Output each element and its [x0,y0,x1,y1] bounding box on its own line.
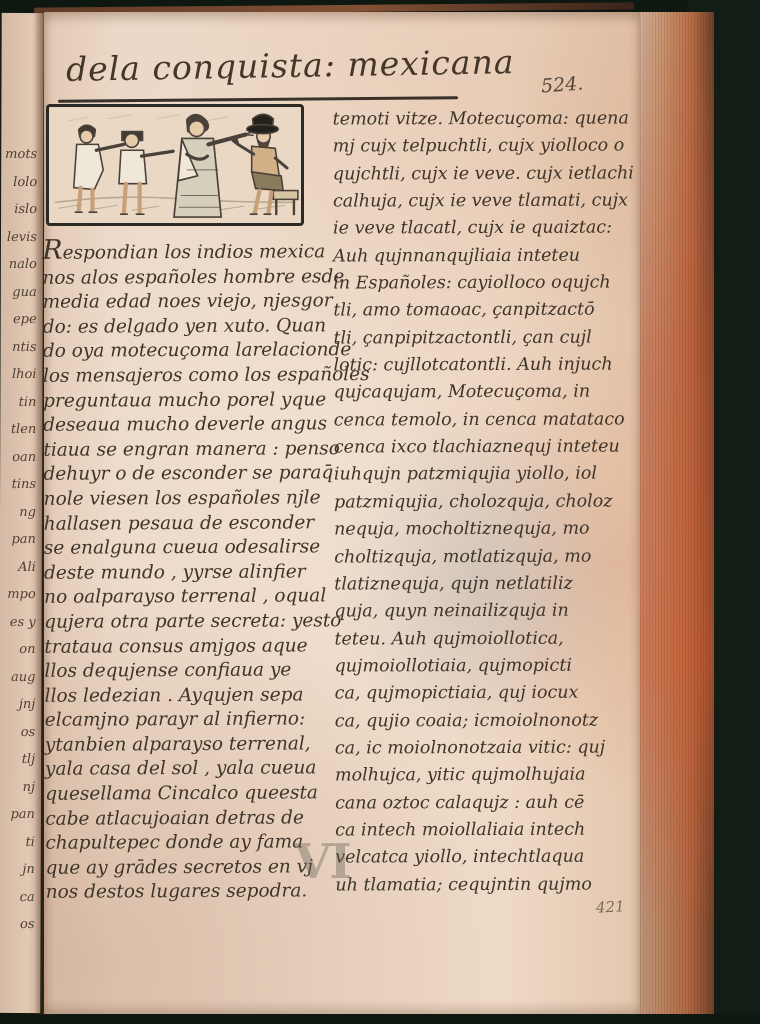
text-line: ca, qujio coaia; icmoiolnonotz [335,707,637,735]
text-line: tli, amo tomaoac, çanpitzactō [333,297,635,325]
text-line: cana oztoc calaqujz : auh cē [335,789,637,817]
text-line: levis [1,223,37,251]
text-line: mj cujx telpuchtli, cujx yiolloco o [333,133,635,161]
text-line: qujmoiollotiaia, qujmopicti [335,652,637,680]
text-line: ntis [1,333,37,361]
text-line: tiaua se engran manera : penso [43,437,339,463]
page-stack-fore-edge [640,12,714,1014]
text-line: pan [0,526,36,554]
title-underline [58,96,458,102]
figure-messenger-2 [119,132,173,215]
text-line: os [0,718,35,746]
text-line: do oya motecuçoma larelacionde [43,339,339,365]
text-line: los mensajeros como los españoles [43,363,339,389]
text-line: mots [1,141,37,169]
text-line: ie veve tlacatl, cujx ie quaiztac: [333,215,635,243]
text-line: llos ledezian . Ayqujen sepa [45,683,341,709]
text-line: os [0,911,35,939]
text-line: tlj [0,746,35,774]
text-line: qujcaqujam, Motecuçoma, in [334,379,636,407]
text-line: preguntaua mucho porel yque [43,388,339,414]
text-line: gua [1,278,37,306]
text-line: qujchtli, cujx ie veve. cujx ietlachi [333,160,635,188]
text-line: nalo [1,251,37,279]
text-line: nequja, mocholtiznequja, mo [334,516,636,544]
manuscript-page: dela conquista: mexicana 524. [44,12,640,1014]
text-line: cabe atlacujoaian detras de [45,806,341,832]
text-line: dehuyr o de esconder se paraq̄ [43,462,339,488]
text-line: Auh qujnnanqujliaia inteteu [333,242,635,270]
spanish-text-column: Respondian los indios mexicanos alos esp… [42,237,341,906]
nahuatl-text-column: temoti vitze. Motecuçoma: quenamj cujx t… [333,105,638,899]
pencil-page-number: 421 [596,897,626,916]
text-line: quesellama Cincalco queesta [45,781,341,807]
text-line: on [0,636,36,664]
text-line: molhujca, yitic qujmolhujaia [335,762,637,790]
text-line: se enalguna cueua odesalirse [44,535,340,561]
figure-messenger-1 [74,125,124,212]
text-line: aug [0,663,35,691]
text-line: velcatca yiollo, intechtlaqua [335,844,637,872]
text-line: cenca temolo, in cenca matataco [334,406,636,434]
text-line: deste mundo , yyrse alinfier [44,560,340,586]
text-line: elcamjno parayr al infierno: [45,708,341,734]
text-line: ti [0,828,35,856]
text-line: media edad noes viejo, njesgor [43,289,339,315]
text-line: pan [0,801,35,829]
text-line: nj [0,773,35,801]
illustration-drawing [49,107,301,223]
text-line: nole viesen los españoles njle [44,486,340,512]
text-line: yala casa del sol , yala cueua [45,757,341,783]
text-line: lotic: cujllotcatontli. Auh injuch [333,352,635,380]
text-line: jnj [0,691,35,719]
text-line: deseaua mucho deverle angus [43,412,339,438]
text-line: lhoi [0,361,36,389]
text-line: ca, ic moiolnonotzaia vitic: quj [335,734,637,762]
text-line: epe [1,306,37,334]
text-line: es y [0,608,36,636]
text-line: quja, quyn neinailizquja in [334,598,636,626]
text-line: qujera otra parte secreta: yesto [44,609,340,635]
show-through-mark: VI [294,834,350,890]
text-line: tlatiznequja, qujn netlatiliz [334,570,636,598]
background-bottom [0,1013,760,1024]
text-line: mpo [0,581,36,609]
text-line: choltizquja, motlatizquja, mo [334,543,636,571]
text-line: trataua consus amjgos aque [44,634,340,660]
text-line: uh tlamatia; cequjntin qujmo [335,871,637,899]
text-line: cenca ixco tlachiaznequj inteteu [334,434,636,462]
text-line: ca, qujmopictiaia, quj iocux [335,680,637,708]
text-line: do: es delgado yen xuto. Quan [43,314,339,340]
text-line: iuhqujn patzmiqujia yiollo, iol [334,461,636,489]
text-line: hallasen pesaua de esconder [44,511,340,537]
text-line: temoti vitze. Motecuçoma: quena [333,105,635,133]
figure-spaniard-seated [233,114,298,215]
text-line: tins [0,471,36,499]
text-line: no oalparayso terrenal , oqual [44,585,340,611]
text-line: llos dequjense confiaua ye [44,658,340,684]
text-line: oan [0,443,36,471]
text-line: ng [0,498,36,526]
text-line: tin [0,388,36,416]
text-line: teteu. Auh qujmoiollotica, [334,625,636,653]
text-line: tli, çanpipitzactontli, çan cujl [333,324,635,352]
text-line: ytanbien alparayso terrenal, [45,732,341,758]
text-line: jn [0,856,35,884]
text-line: ca [0,883,35,911]
text-line: Respondian los indios mexica [42,237,338,266]
text-line: Ali [0,553,36,581]
folio-number: 524. [540,73,584,98]
text-line: ca intech moiollaliaia intech [335,816,637,844]
manuscript-photo: motsloloislolevisnaloguaepentislhoitintl… [0,0,760,1024]
text-line: in Españoles: cayiolloco oqujch [333,270,635,298]
codex-illustration [46,104,304,226]
page-title: dela conquista: mexicana [66,42,515,89]
text-line: islo [1,196,37,224]
text-line: nos alos españoles hombre esde [42,265,338,291]
text-line: patzmiqujia, cholozquja, choloz [334,488,636,516]
text-line: calhuja, cujx ie veve tlamati, cujx [333,188,635,216]
text-line: lolo [1,168,37,196]
text-line: tlen [0,416,36,444]
